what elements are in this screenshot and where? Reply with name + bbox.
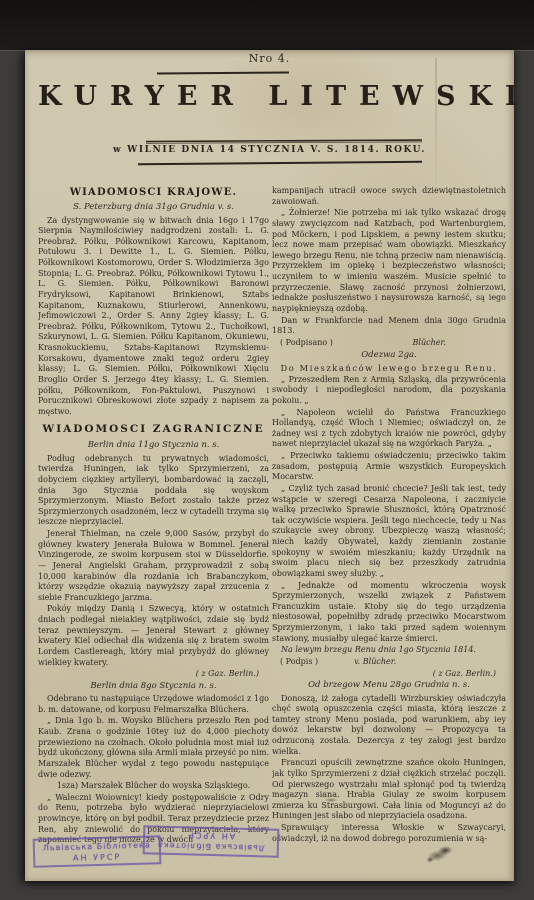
dateline-berlin-8: Berlin dnia 8go Stycznia n. s. xyxy=(38,681,269,692)
masthead-dateline: w WILNIE DNIA 14 STYCZNIA V. S. 1814. RO… xyxy=(25,145,514,155)
section-heading-foreign-news: WIADOMOSCI ZAGRANICZNE xyxy=(38,423,269,437)
signature-line: ( Podpis ) v. Blücher. xyxy=(272,657,506,668)
dateline-rule-top xyxy=(146,139,422,143)
signature-name: v. Blücher. xyxy=(354,657,396,668)
signature-name: Blücher. xyxy=(413,338,446,349)
library-stamp-line2: АН УРСР xyxy=(152,829,270,841)
paragraph: Francuzi opuścili zewnętrzne szańce okoł… xyxy=(272,758,506,822)
newspaper-page: Nro 4. KURYER LITEWSKI w WILNIE DNIA 14 … xyxy=(25,50,514,881)
signature-label: ( Podpisano ) xyxy=(272,338,333,349)
paragraph: Pokóy między Danią i Szwecyą, który w os… xyxy=(38,604,269,668)
library-stamp-line2: АН УРСР xyxy=(42,851,152,863)
issue-number: Nro 4. xyxy=(25,52,514,65)
dateline-rule-bottom xyxy=(138,161,422,165)
issue-number-rule xyxy=(157,72,289,75)
proclamation-2-addressee: Do Mieszkańców lewego brzegu Renu. xyxy=(272,363,506,374)
place-dateline: Na lewym brzegu Renu dnia 1go Stycznia 1… xyxy=(272,645,506,656)
dateline-menu-banks: Od brzegow Menu 28go Grudnia n. s. xyxy=(272,680,506,691)
dateline-petersburg: S. Peterzburg dnia 31go Grudnia v. s. xyxy=(38,202,269,213)
paragraph: Jenerał Thielman, na czele 9,000 Sasów, … xyxy=(38,529,269,603)
library-stamp-line1: Львівська Бібліотека xyxy=(152,840,270,852)
dateline-berlin-11: Berlin dnia 11go Stycznia n. s. xyxy=(38,440,269,451)
paragraph: „ Czyliż tych zasad bronić chcecie? Jeśl… xyxy=(272,484,506,580)
ink-mark xyxy=(325,798,337,802)
source-credit: ( z Gaz. Berlin.) xyxy=(38,669,269,680)
proclamation-2-title: Odezwa 2ga. xyxy=(272,350,506,361)
ink-smudge xyxy=(424,840,460,865)
paragraph: „ Napoleon wcielił do Państwa Francuzkie… xyxy=(272,408,506,451)
paragraph: Odebrano tu następuiące Urzędowe wiadomo… xyxy=(38,694,269,715)
left-column: WIADOMOSCI KRAJOWE. S. Peterzburg dnia 3… xyxy=(38,186,269,848)
paragraph: „ Jednakże od momentu wkroczenia woysk S… xyxy=(272,581,506,645)
library-stamp-line1: Львівська Бібліотека xyxy=(42,840,152,852)
paragraph: „ Żołnierze! Nie potrzeba mi iak tylko w… xyxy=(272,208,506,314)
paragraph: „ Dnia 1go b. m. Woysko Blüchera przeszł… xyxy=(38,716,269,780)
paragraph: Za dystyngwowanie się w bitwach dnia 16g… xyxy=(38,216,269,418)
source-credit: ( z Gaz. Berlin.) xyxy=(272,669,506,680)
paragraph: Donoszą, iż załoga cytadelli Wirzburskie… xyxy=(272,694,506,758)
paragraph: Sprawuiący interessa Włoskie w Szwaycary… xyxy=(272,823,506,844)
library-stamp-inverted: Львівська Бібліотека АН УРСР xyxy=(143,825,280,858)
signature-label: ( Podpis ) xyxy=(272,657,318,668)
paragraph: Podług odebranych tu prywatnych wiadomoś… xyxy=(38,454,269,528)
right-column: kampanijach utracił owoce swych dziewięt… xyxy=(272,186,506,848)
paragraph: Dan w Frankforcie nad Menem dnia 30go Gr… xyxy=(272,316,506,337)
scan-background-top-band xyxy=(0,0,534,51)
section-heading-domestic-news: WIADOMOSCI KRAJOWE. xyxy=(38,186,269,199)
paragraph: „ Przeszedłem Ren z Armią Szląską, dla p… xyxy=(272,375,506,407)
paragraph: „ Przeciwko takiemu oświadczeniu; przeci… xyxy=(272,451,506,483)
newspaper-title: KURYER LITEWSKI xyxy=(25,81,514,112)
paragraph: kampanijach utracił owoce swych dziewięt… xyxy=(272,186,506,207)
signature-line: ( Podpisano ) Blücher. xyxy=(272,338,506,349)
proclamation-1-heading: 1sza) Marszałek Blücher do woyska Szląsk… xyxy=(38,781,269,792)
